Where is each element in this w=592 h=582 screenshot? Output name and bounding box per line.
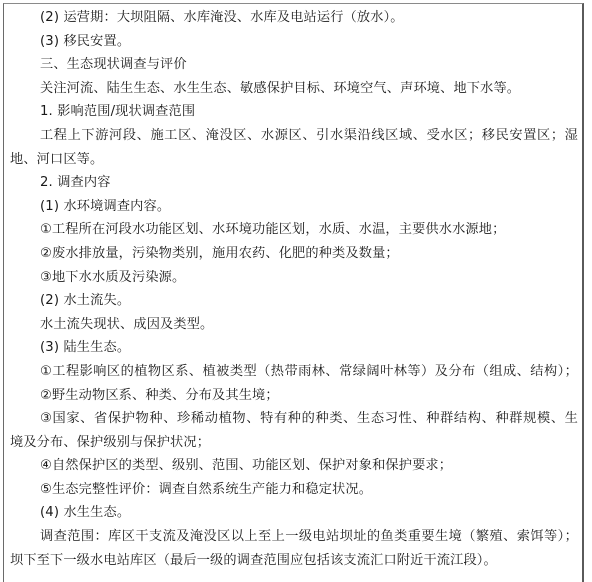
list-item-aquatic: (4) 水生生态。 <box>10 501 578 525</box>
document-body: (2) 运营期：大坝阻隔、水库淹没、水库及电站运行（放水）。 (3) 移民安置。… <box>10 6 578 572</box>
list-item-operation-period: (2) 运营期：大坝阻隔、水库淹没、水库及电站运行（放水）。 <box>10 6 578 30</box>
list-item-soil-erosion: (2) 水土流失。 <box>10 289 578 313</box>
subsection-heading-content: 2. 调查内容 <box>10 171 578 195</box>
section-heading: 三、生态现状调查与评价 <box>10 53 578 77</box>
list-item-water-env-3: ③地下水水质及污染源。 <box>10 266 578 290</box>
list-item-terrestrial: (3) 陆生生态。 <box>10 336 578 360</box>
paragraph-aquatic-line-1: 调查范围：库区干支流及淹没区以上至上一级电站坝址的鱼类重要生境（繁殖、索饵等）； <box>10 525 578 549</box>
list-item-terrestrial-3-line-1: ③国家、省保护物种、珍稀动植物、特有种的种类、生态习性、种群结构、种群规模、生 <box>10 407 578 431</box>
subsection-heading-scope: 1. 影响范围/现状调查范围 <box>10 100 578 124</box>
list-item-water-env: (1) 水环境调查内容。 <box>10 195 578 219</box>
paragraph-scope-line-1: 工程上下游河段、施工区、淹没区、水源区、引水渠沿线区域、受水区；移民安置区；湿 <box>10 124 578 148</box>
paragraph-scope-line-2: 地、河口区等。 <box>10 148 578 172</box>
list-item-terrestrial-2: ②野生动物区系、种类、分布及其生境； <box>10 384 578 408</box>
list-item-water-env-2: ②废水排放量，污染物类别，施用农药、化肥的种类及数量； <box>10 242 578 266</box>
paragraph-soil-erosion: 水土流失现状、成因及类型。 <box>10 313 578 337</box>
paragraph-aquatic-line-2: 坝下至下一级水电站库区（最后一级的调查范围应包括该支流汇口附近干流江段）。 <box>10 549 578 573</box>
list-item-terrestrial-1: ①工程影响区的植物区系、植被类型（热带雨林、常绿阔叶林等）及分布（组成、结构）； <box>10 360 578 384</box>
list-item-terrestrial-5: ⑤生态完整性评价：调查自然系统生产能力和稳定状况。 <box>10 478 578 502</box>
paragraph-focus: 关注河流、陆生生态、水生生态、敏感保护目标、环境空气、声环境、地下水等。 <box>10 77 578 101</box>
list-item-terrestrial-4: ④自然保护区的类型、级别、范围、功能区划、保护对象和保护要求； <box>10 454 578 478</box>
list-item-resettlement: (3) 移民安置。 <box>10 30 578 54</box>
list-item-water-env-1: ①工程所在河段水功能区划、水环境功能区划，水质、水温，主要供水水源地； <box>10 218 578 242</box>
list-item-terrestrial-3-line-2: 境及分布、保护级别与保护状况； <box>10 431 578 455</box>
